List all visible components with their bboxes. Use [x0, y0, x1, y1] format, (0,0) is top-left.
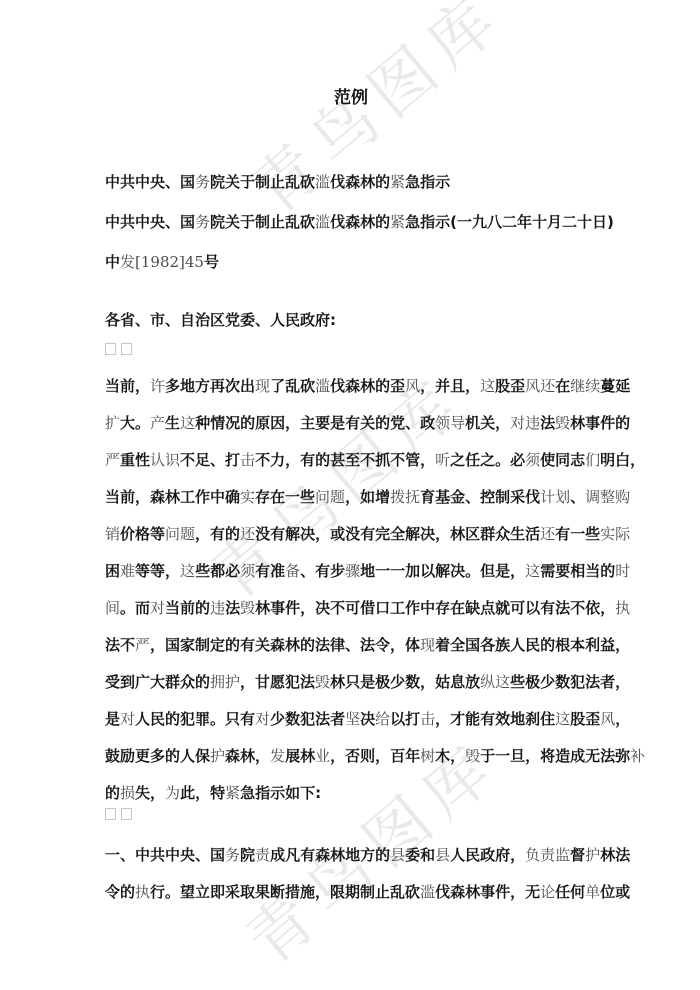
bold-text: ，并且， [420, 377, 480, 395]
fallback-font-text: 发 [270, 747, 285, 765]
bold-text: ，如增 [345, 488, 390, 506]
document-number-line: 中发[1982]45号 [105, 252, 597, 272]
fallback-font-text: 风还 [525, 377, 555, 395]
bold-text: 林事件的 [570, 414, 630, 432]
para1-line-11: 鼓励更多的人保护森林，发展林业，否则，百年树木，毁于一旦，将造成无法弥补 [105, 738, 597, 775]
fallback-font-text: 须 [525, 451, 540, 469]
document-page: 范例 中共中央、国务院关于制止乱砍滥伐森林的紧急指示 中共中央、国务院关于制止乱… [105, 0, 597, 911]
fallback-font-text: 认识 [150, 451, 180, 469]
bold-text: 机关， [465, 414, 510, 432]
fallback-font-text: 给 [375, 710, 390, 728]
fallback-font-text: 实际 [600, 525, 630, 543]
fallback-font-text: 毁 [555, 414, 570, 432]
bold-text: 号 [204, 253, 219, 271]
bold-text: 院 [240, 846, 255, 864]
fallback-font-text: 执 [615, 599, 630, 617]
bold-text: 在 [555, 377, 570, 395]
bold-text: 院关于制止乱砍 [210, 213, 315, 231]
fallback-font-text: 毁 [240, 599, 255, 617]
missing-char-box [121, 808, 132, 820]
bold-text: 当前， [105, 377, 150, 395]
bold-text: 伐森林的歪 [330, 377, 405, 395]
fallback-font-text: 实 [240, 488, 255, 506]
para2-line-2: 令的执行。望立即采取果断措施，限期制止乱砍滥伐森林事件，无论任何单位或 [105, 874, 597, 911]
bold-text: 存在一些 [255, 488, 315, 506]
fallback-font-text: 产 [150, 414, 165, 432]
fallback-font-text: 补 [630, 747, 645, 765]
bold-text: 不足、打 [180, 451, 240, 469]
bold-text: 之任之。必 [450, 451, 525, 469]
bold-text: 当前，森林工作中确 [105, 488, 240, 506]
bold-text: 林法 [600, 846, 630, 864]
fallback-font-text: 对 [255, 710, 270, 728]
bold-text: 于一旦，将造成无法弥 [480, 747, 630, 765]
fallback-font-text: 坚 [345, 710, 360, 728]
fallback-font-text: 务 [195, 173, 210, 191]
fallback-font-text: 销 [105, 525, 120, 543]
bold-text: 此，特 [180, 784, 225, 802]
bold-text: 急指示(一九八二年十月二十日) [405, 213, 614, 231]
bold-text: 少数犯法者 [270, 710, 345, 728]
fallback-font-text: 毁 [315, 673, 330, 691]
fallback-font-text: 滥 [315, 173, 330, 191]
bold-text: 股歪 [570, 710, 600, 728]
fallback-font-text: 还 [240, 525, 255, 543]
fallback-font-text: 现 [255, 377, 270, 395]
fallback-font-text: 扩 [105, 414, 120, 432]
fallback-font-text: 紧 [390, 173, 405, 191]
fallback-font-text: 拥护 [210, 673, 240, 691]
bold-text: 需要相当的 [540, 562, 615, 580]
bold-text: 法 [225, 599, 240, 617]
bold-text: 木， [435, 747, 465, 765]
bold-text: 以打 [390, 710, 420, 728]
fallback-font-text: 拨抚 [390, 488, 420, 506]
bold-text: 生 [165, 414, 180, 432]
fallback-font-text: 这 [180, 562, 195, 580]
bold-text: 多地方再次出 [165, 377, 255, 395]
bold-text: 人民政府， [450, 846, 525, 864]
bold-text: 价格等 [120, 525, 165, 543]
fallback-font-text: 违 [210, 599, 225, 617]
fallback-font-text: 还 [540, 525, 555, 543]
fallback-font-text: 击 [420, 710, 435, 728]
fallback-font-text: 这 [480, 377, 495, 395]
bold-text: 中共中央、国 [105, 173, 195, 191]
fallback-font-text: 继续 [570, 377, 600, 395]
bold-text: 法不 [105, 636, 135, 654]
fallback-font-text: 护 [210, 747, 225, 765]
bold-text: 了乱砍 [270, 377, 315, 395]
bold-text: ，有的 [195, 525, 240, 543]
fallback-font-text: 务 [195, 213, 210, 231]
bold-text: 不力，有的甚至不抓不管， [255, 451, 435, 469]
bold-text: 失， [135, 784, 165, 802]
bold-text: 使同志 [540, 451, 585, 469]
bold-text: 、 [570, 488, 585, 506]
document-heading-line-2: 中共中央、国务院关于制止乱砍滥伐森林的紧急指示(一九八二年十月二十日) [105, 212, 597, 232]
bold-text: 伐森林的 [330, 213, 390, 231]
bold-text: 。而 [120, 599, 150, 617]
fallback-font-text: 问题 [315, 488, 345, 506]
fallback-font-text: 毁 [465, 747, 480, 765]
bold-text: 困 [105, 562, 120, 580]
fallback-font-text: 业 [315, 747, 330, 765]
bold-text: 各省、市、自治区党委、人民政府: [105, 311, 336, 329]
bold-text: 种情况的原因，主要是有关的党、政 [195, 414, 435, 432]
fallback-font-text: 滥 [315, 213, 330, 231]
bold-text: 当前的 [165, 599, 210, 617]
fallback-font-text: 这 [555, 710, 570, 728]
fallback-font-text: 这 [525, 562, 540, 580]
fallback-font-text: 发[1982]45 [120, 253, 204, 271]
bold-text: 急指示如下: [240, 784, 321, 802]
fallback-font-text: 时 [615, 562, 630, 580]
bold-text: 督 [570, 846, 585, 864]
fallback-font-text: 县 [390, 846, 405, 864]
fallback-font-text: 执 [135, 883, 150, 901]
bold-text: 法 [540, 414, 555, 432]
bold-text: 有准 [255, 562, 285, 580]
para1-line-2: 扩大。产生这种情况的原因，主要是有关的党、政领导机关，对违法毁林事件的 [105, 405, 597, 442]
bold-text: 行。望立即采取果断措施，限期制止乱砍 [150, 883, 420, 901]
fallback-font-text: 许 [150, 377, 165, 395]
bold-text: 大。 [120, 414, 150, 432]
missing-char-box [121, 343, 132, 355]
fallback-font-text: 为 [165, 784, 180, 802]
fallback-font-text: 计划 [540, 488, 570, 506]
salutation-line: 各省、市、自治区党委、人民政府: [105, 310, 597, 330]
bold-text: 些都必 [195, 562, 240, 580]
fallback-font-text: 难 [120, 562, 135, 580]
bold-text: 一、中共中央、国 [105, 846, 225, 864]
bold-text: 鼓励更多的人保 [105, 747, 210, 765]
fallback-font-text: 们 [585, 451, 600, 469]
para1-line-1: 当前，许多地方再次出现了乱砍滥伐森林的歪风，并且，这股歪风还在继续蔓延 [105, 368, 597, 405]
bold-text: 林只是极少数，姑息放 [330, 673, 480, 691]
bold-text: 重性 [120, 451, 150, 469]
bold-text: 受到广大群众的 [105, 673, 210, 691]
fallback-font-text: 单 [585, 883, 600, 901]
fallback-font-text: 严 [135, 636, 150, 654]
para2-line-1: 一、中共中央、国务院责成凡有森林地方的县委和县人民政府，负责监督护林法 [105, 837, 597, 874]
bold-text: 展林 [285, 747, 315, 765]
bold-text: 股歪 [495, 377, 525, 395]
fallback-font-text: 骤 [345, 562, 360, 580]
placeholder-boxes-line-1 [105, 340, 597, 354]
fallback-font-text: 间 [105, 599, 120, 617]
paragraph-2: 一、中共中央、国务院责成凡有森林地方的县委和县人民政府，负责监督护林法 令的执行… [105, 837, 597, 911]
bold-text: 有一些 [555, 525, 600, 543]
bold-text: 着全国各族人民的根本利益， [435, 636, 630, 654]
fallback-font-text: 风 [405, 377, 420, 395]
bold-text: 院关于制止乱砍 [210, 173, 315, 191]
paragraph-1: 当前，许多地方再次出现了乱砍滥伐森林的歪风，并且，这股歪风还在继续蔓延 扩大。产… [105, 368, 597, 812]
bold-text: 急指示 [405, 173, 450, 191]
bold-text: 地一一加以解决。但是， [360, 562, 525, 580]
bold-text: 人民的犯罪。只有 [135, 710, 255, 728]
document-title: 范例 [105, 88, 597, 108]
fallback-font-text: 备 [285, 562, 300, 580]
bold-text: 森林， [225, 747, 270, 765]
bold-text: 成凡有森林地方的 [270, 846, 390, 864]
fallback-font-text: 损 [120, 784, 135, 802]
bold-text: 是 [105, 710, 120, 728]
fallback-font-text: 纵这 [480, 673, 510, 691]
fallback-font-text: 滥 [420, 883, 435, 901]
missing-char-box [105, 808, 116, 820]
para1-line-10: 是对人民的犯罪。只有对少数犯法者坚决给以打击，才能有效地刹住这股歪风， [105, 701, 597, 738]
fallback-font-text: 现 [420, 636, 435, 654]
bold-text: 明白， [600, 451, 645, 469]
fallback-font-text: 树 [420, 747, 435, 765]
bold-text: 伐森林事件，无 [435, 883, 540, 901]
fallback-font-text: 责 [255, 846, 270, 864]
fallback-font-text: 这 [180, 414, 195, 432]
document-heading-line-1: 中共中央、国务院关于制止乱砍滥伐森林的紧急指示 [105, 172, 597, 192]
fallback-font-text: 县 [435, 846, 450, 864]
bold-text: 令的 [105, 883, 135, 901]
fallback-font-text: 论 [540, 883, 555, 901]
para1-line-4: 当前，森林工作中确实存在一些问题，如增拨抚育基金、控制采伐计划、调整购 [105, 479, 597, 516]
fallback-font-text: 负责监 [525, 846, 570, 864]
fallback-font-text: 滥 [315, 377, 330, 395]
fallback-font-text: 对违 [510, 414, 540, 432]
bold-text: 委和 [405, 846, 435, 864]
fallback-font-text: 护 [585, 846, 600, 864]
bold-text: 育基金、控制采伐 [420, 488, 540, 506]
para1-line-6: 困难等等，这些都必须有准备、有步骤地一一加以解决。但是，这需要相当的时 [105, 553, 597, 590]
bold-text: 中共中央、国 [105, 213, 195, 231]
fallback-font-text: 对 [120, 710, 135, 728]
fallback-font-text: 须 [240, 562, 255, 580]
bold-text: ，否则，百年 [330, 747, 420, 765]
bold-text: ，甘愿犯法 [240, 673, 315, 691]
bold-text: ，国家制定的有关森林的法律、法令，体 [150, 636, 420, 654]
bold-text: 蔓延 [600, 377, 630, 395]
para1-line-5: 销价格等问题，有的还没有解决，或没有完全解决，林区群众生活还有一些实际 [105, 516, 597, 553]
bold-text: 任何 [555, 883, 585, 901]
bold-text: 伐森林的 [330, 173, 390, 191]
bold-text: 、有步 [300, 562, 345, 580]
bold-text: 些极少数犯法者， [510, 673, 630, 691]
fallback-font-text: 紧 [225, 784, 240, 802]
fallback-font-text: 听 [435, 451, 450, 469]
fallback-font-text: 击 [240, 451, 255, 469]
fallback-font-text: 严 [105, 451, 120, 469]
para1-line-9: 受到广大群众的拥护，甘愿犯法毁林只是极少数，姑息放纵这些极少数犯法者， [105, 664, 597, 701]
fallback-font-text: 领导 [435, 414, 465, 432]
bold-text: 决 [360, 710, 375, 728]
bold-text: 的 [105, 784, 120, 802]
bold-text: 林事件，决不可借口工作中存在缺点就可以有法不依， [255, 599, 615, 617]
bold-text: ， [615, 710, 630, 728]
fallback-font-text: 风 [600, 710, 615, 728]
fallback-font-text: 紧 [390, 213, 405, 231]
bold-text: 等等， [135, 562, 180, 580]
missing-char-box [105, 343, 116, 355]
para1-line-3: 严重性认识不足、打击不力，有的甚至不抓不管，听之任之。必须使同志们明白， [105, 442, 597, 479]
bold-text: 没有解决，或没有完全解决，林区群众生活 [255, 525, 540, 543]
bold-text: 位或 [600, 883, 630, 901]
bold-text: ，才能有效地刹住 [435, 710, 555, 728]
fallback-font-text: 对 [150, 599, 165, 617]
fallback-font-text: 问题 [165, 525, 195, 543]
fallback-font-text: 调整购 [585, 488, 630, 506]
para1-line-8: 法不严，国家制定的有关森林的法律、法令，体现着全国各族人民的根本利益， [105, 627, 597, 664]
fallback-font-text: 务 [225, 846, 240, 864]
bold-text: 中 [105, 253, 120, 271]
para1-line-7: 间。而对当前的违法毁林事件，决不可借口工作中存在缺点就可以有法不依，执 [105, 590, 597, 627]
